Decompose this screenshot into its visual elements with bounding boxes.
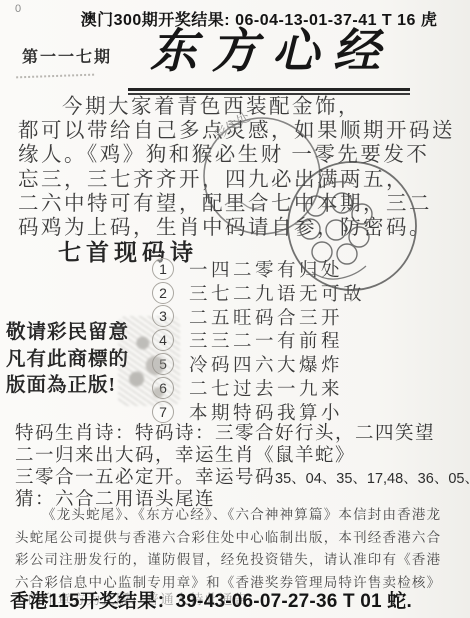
hk-result-footer: 香港115开奖结果：39-43-06-07-27-36 T 01 蛇. — [10, 586, 468, 613]
corner-mark: 0 — [15, 3, 21, 15]
intro-line: 缘人。《鸡》狗和猴必生财 一零先要发不 — [18, 143, 456, 167]
tip-sheet-page: 0 澳门300期开奖结果: 06-04-13-01-37-41 T 16 虎 第… — [0, 0, 470, 618]
poem-item: 3 二五旺码合三开 — [152, 305, 365, 329]
poem-item: 5 冷码四六大爆炸 — [152, 352, 365, 376]
poem-item-number: 1 — [152, 258, 174, 280]
poem-item: 1 一四二零有归处 — [152, 257, 365, 281]
poem-item: 2 三七二九语无可敌 — [152, 281, 365, 305]
poem-item-text: 三七二九语无可敌 — [189, 280, 365, 306]
poem-item-text: 二五旺码合三开 — [189, 304, 343, 330]
poem-item-text: 本期特码我算小 — [189, 399, 343, 425]
fine-print-line: 彩公司注册发行的，谨防假冒，经免投资错失，请认准印有《香港 — [15, 549, 460, 572]
page-title: 东方心经 — [110, 24, 420, 80]
poem-item: 4 三三二一有前程 — [152, 328, 365, 352]
poem-item-text: 冷码四六大爆炸 — [189, 351, 343, 377]
poem-item-text: 一四二零有归处 — [189, 256, 343, 282]
title-underline — [128, 88, 410, 91]
lucky-numbers-line: 三零合一五必定开。幸运号码35、04、35、17,48、36、05、24 — [15, 468, 464, 491]
issue-number-label: 第一一七期 — [22, 44, 112, 67]
intro-line: 忘三，三七齐齐开，四九必出满两五， — [18, 168, 456, 192]
poem-item-text: 三三二一有前程 — [189, 327, 343, 353]
intro-line: 都可以带给自己多点灵感，如果顺期开码送 — [18, 119, 456, 143]
special-code-section: 特码生肖诗：特码诗：三零合好行头，二四笑望 二一归来出大码，幸运生肖《鼠羊蛇》 … — [15, 424, 464, 512]
poem-item-number: 2 — [152, 282, 174, 304]
poem-item: 7 本期特码我算小 — [152, 400, 365, 424]
intro-paragraph: 今期大家着青色西装配金饰， 都可以带给自己多点灵感，如果顺期开码送 缘人。《鸡》… — [18, 95, 456, 240]
poem-list: 1 一四二零有归处 2 三七二九语无可敌 3 二五旺码合三开 4 三三二一有前程… — [152, 257, 365, 424]
fine-print-line: 头蛇尾公司提供与香港六合彩住处中心临制出版，本刊经香港六合 — [15, 527, 460, 550]
fine-print-line: 《龙头蛇尾》、《东方心经》、《六合神神算篇》本信封由香港龙 — [15, 504, 460, 527]
lucky-numbers-prefix: 三零合一五必定开。幸运号码 — [15, 468, 275, 488]
lucky-numbers: 35、04、35、17,48、36、05、24 — [275, 471, 470, 487]
trademark-stamp-image — [118, 316, 180, 406]
special-zodiac-poem-line: 特码生肖诗：特码诗：三零合好行头，二四笑望 — [15, 424, 464, 446]
special-zodiac-poem-line: 二一归来出大码，幸运生肖《鼠羊蛇》 — [15, 446, 464, 468]
intro-line: 今期大家着青色西装配金饰， — [18, 95, 456, 119]
issue-squiggle-mark — [16, 67, 94, 79]
poem-item: 6 二七过去一九来 — [152, 376, 365, 400]
fine-print-paragraph: 《龙头蛇尾》、《东方心经》、《六合神神算篇》本信封由香港龙 头蛇尾公司提供与香港… — [15, 504, 460, 594]
intro-line: 二六中特可有望，配里合七中本期，三二 — [18, 192, 456, 216]
poem-item-text: 二七过去一九来 — [189, 375, 343, 401]
